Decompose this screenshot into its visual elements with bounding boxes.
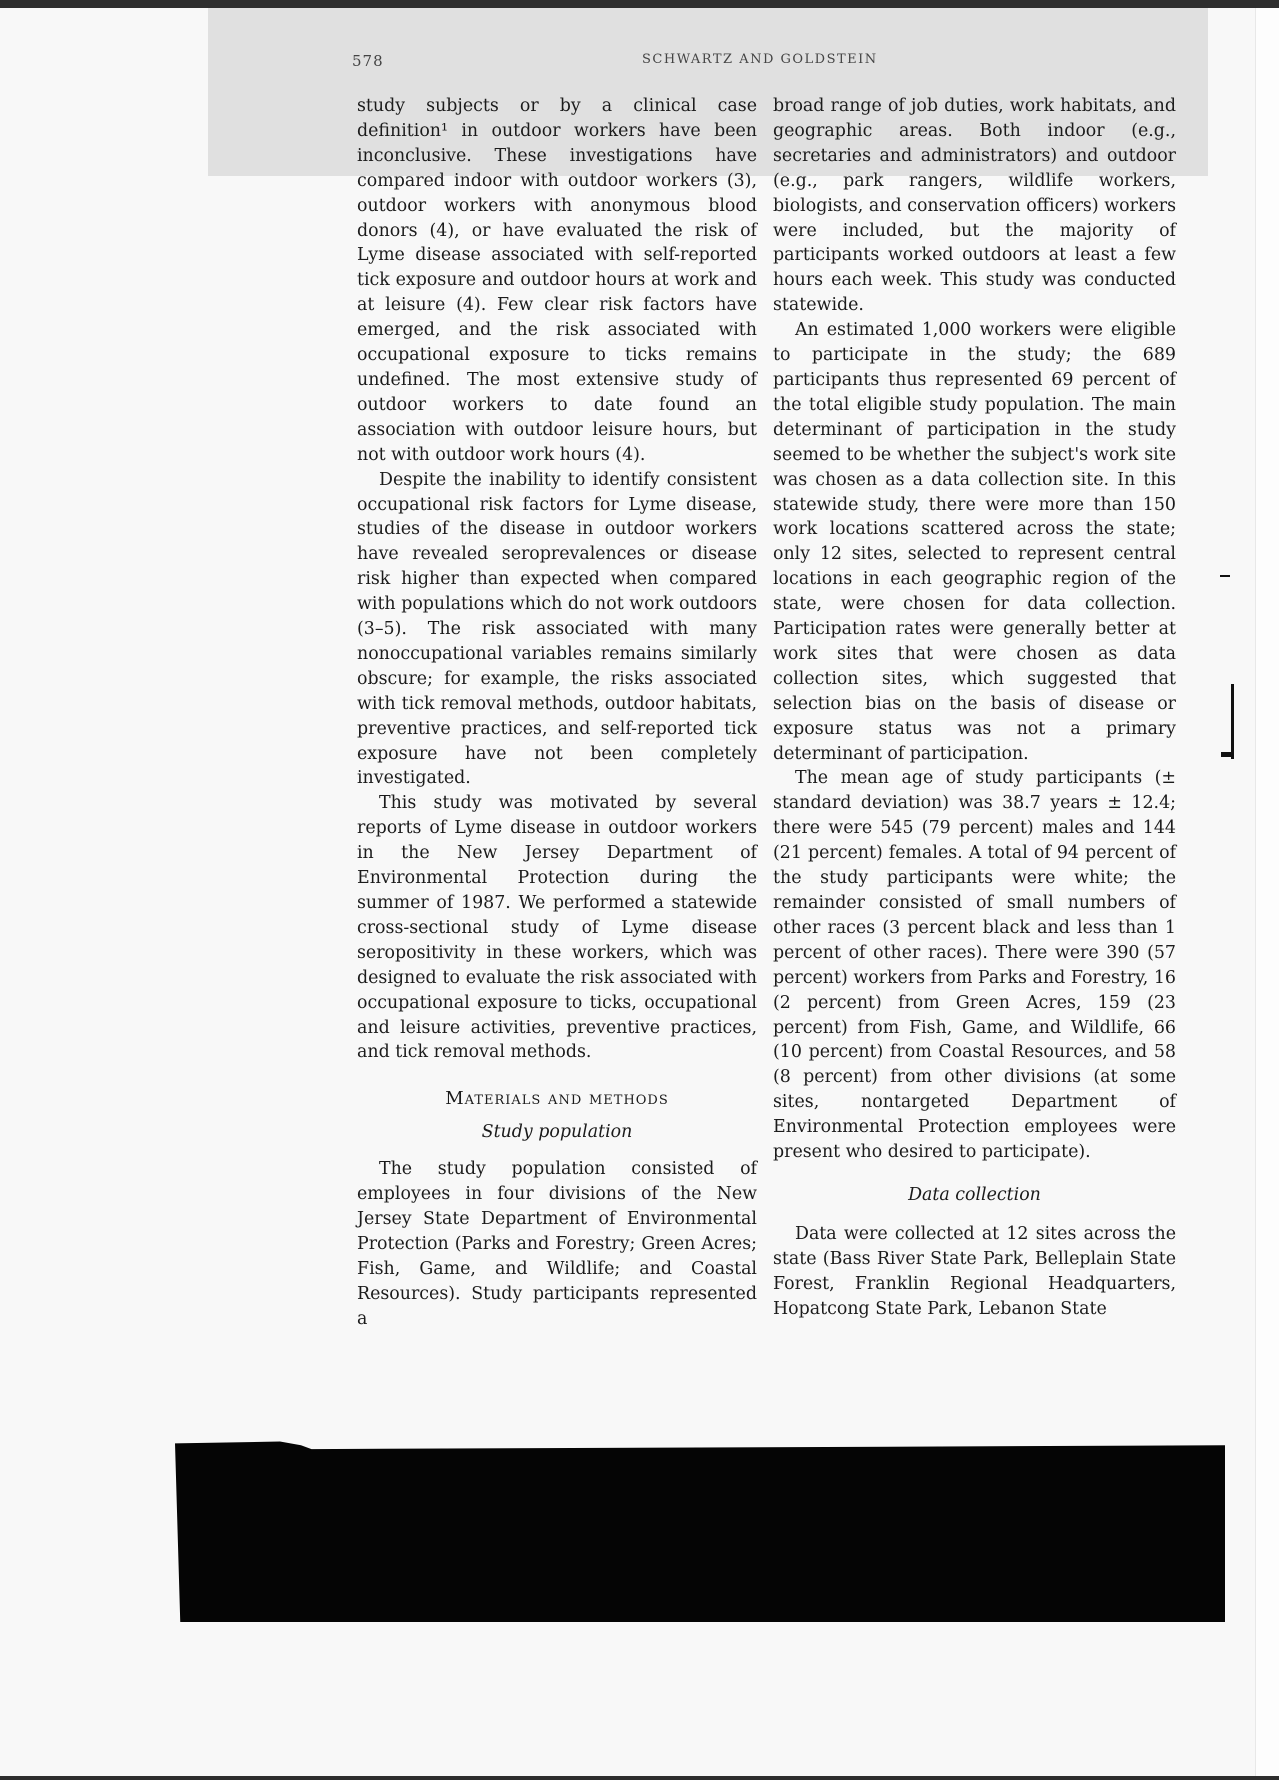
running-head: 578 SCHWARTZ AND GOLDSTEIN <box>352 52 1172 74</box>
top-frame-bar <box>0 0 1279 8</box>
paragraph: broad range of job duties, work habitats… <box>773 94 1176 318</box>
scan-mark <box>1231 684 1234 759</box>
show-through-text <box>1200 262 1260 322</box>
section-heading: Materials and methods <box>357 1087 757 1112</box>
running-head-authors: SCHWARTZ AND GOLDSTEIN <box>642 52 878 67</box>
paragraph: Despite the inability to identify consis… <box>357 468 757 792</box>
paragraph: The study population consisted of employ… <box>357 1157 757 1331</box>
redaction-block <box>175 1432 1225 1622</box>
paragraph: This study was motivated by several repo… <box>357 791 757 1065</box>
paragraph: The mean age of study participants (± st… <box>773 766 1176 1165</box>
subsection-heading: Data collection <box>773 1183 1176 1208</box>
scan-mark <box>1220 575 1230 577</box>
paragraph: Data were collected at 12 sites across t… <box>773 1222 1176 1322</box>
page-number: 578 <box>352 52 384 70</box>
bottom-frame-bar <box>0 1776 1279 1780</box>
scan-mark <box>1221 752 1233 757</box>
subsection-heading: Study population <box>357 1120 757 1145</box>
paragraph: study subjects or by a clinical case def… <box>357 94 757 468</box>
paragraph: An estimated 1,000 workers were eligible… <box>773 318 1176 766</box>
right-column: broad range of job duties, work habitats… <box>773 94 1176 1322</box>
left-column: study subjects or by a clinical case def… <box>357 94 757 1332</box>
